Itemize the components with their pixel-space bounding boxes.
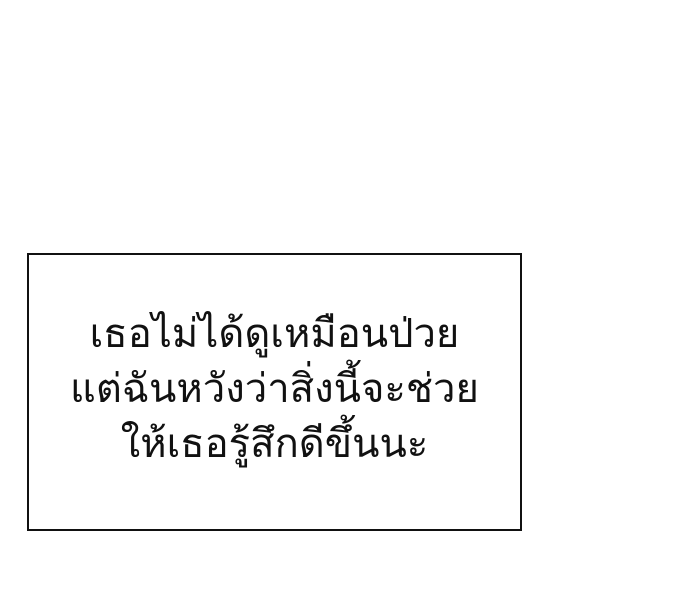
caption-line-1: เธอไม่ได้ดูเหมือนป่วย: [90, 307, 460, 362]
caption-text: เธอไม่ได้ดูเหมือนป่วย แต่ฉันหวังว่าสิ่งน…: [70, 307, 479, 472]
caption-line-2: แต่ฉันหวังว่าสิ่งนี้จะช่วย: [70, 362, 479, 417]
caption-line-3: ให้เธอรู้สึกดีขึ้นนะ: [121, 417, 429, 472]
caption-box: เธอไม่ได้ดูเหมือนป่วย แต่ฉันหวังว่าสิ่งน…: [27, 253, 522, 531]
